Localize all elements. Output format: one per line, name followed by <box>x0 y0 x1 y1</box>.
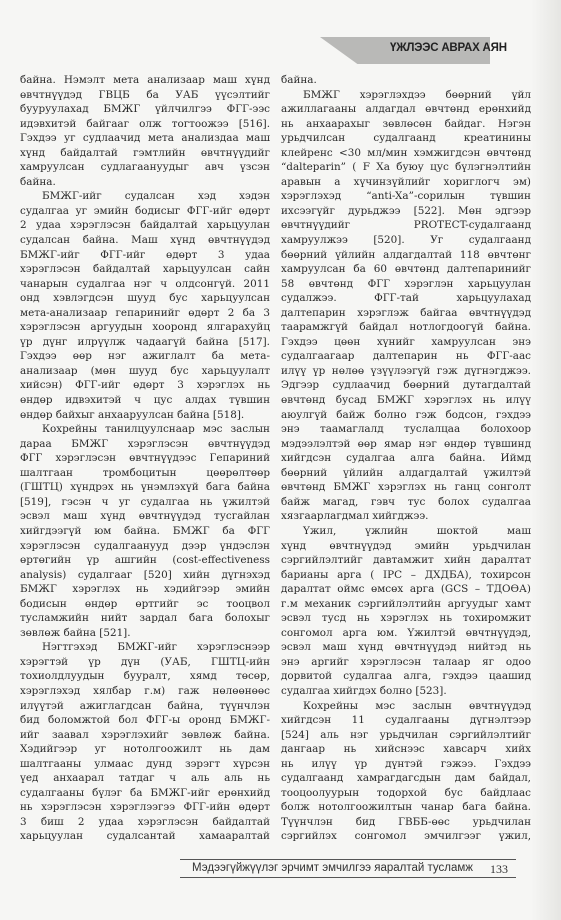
text-line: [524] аль нэг урьдчилан сэргийлэлтийг <box>281 728 531 743</box>
text-line: таарамжгүй байдал нотлогдоогүй байна. <box>281 320 531 335</box>
text-line: сэргийлэлтийг давтамжит хийн даралтат <box>281 553 531 568</box>
text-line: ажиллагааны алдагдал өвчтөнд ерөнхийд <box>281 102 531 117</box>
text-line: г.м механик сэргийлэлтийн аргуудыг хамт <box>281 597 531 612</box>
text-line: судалсан байна. Маш хүнд өвчтнүүдэд <box>20 233 270 248</box>
text-line: “dalteparin” ( F Ха буюу цус бүлэгнэлтий… <box>281 160 531 175</box>
text-line: нь анхаарахыг зөвлөсөн байдаг. Нэгэн <box>281 117 531 132</box>
text-line: (ГШТЦ) хүндрэх нь үнэмлэхүй бага байна <box>20 480 270 495</box>
text-line: нь хэрэглэсэн хэрэглээгээ ФГГ-ийн өдөрт <box>20 800 270 815</box>
footer-rule-top <box>180 859 516 860</box>
text-line: БМЖГ-ийг ФГГ-ийг өдөрт 3 удаа <box>20 248 270 263</box>
text-line: өртөгийн үр ашгийн (cost-effectiveness <box>20 553 270 568</box>
text-line: илүүтэй ажиглагдсан байна, түүнчлэн <box>20 699 270 714</box>
text-line: ФГГ хэрэглэсэн өвчтнүүдээс Гепариний <box>20 451 270 466</box>
text-line: хэрэглэхэд хялбар г.м) гаж нөлөөнөөс <box>20 684 270 699</box>
text-line: урьдчилсан судалгаанд креатинины <box>281 131 531 146</box>
paragraph-first-line: Кохрейны танилцуулснаар мэс заслын <box>20 422 270 437</box>
text-line: харьцуулан судалсантай хамааралтай <box>20 829 270 844</box>
text-line: Түүнчлэн бид ГВББ-өөс урьдчилан <box>281 815 531 830</box>
text-line: хэрэгтэй үр дүн (УАБ, ГШТЦ-ийн <box>20 655 270 670</box>
text-line: онд хэвлэгдсэн шууд бус харьцуулсан <box>20 291 270 306</box>
text-line: болж нотолгоожилтын чанар бага байна. <box>281 800 531 815</box>
text-line: нь илүү үр дүнтэй гэжээ. Гэхдээ <box>281 757 531 772</box>
text-line: судалгааны бүлэг ба БМЖГ-ийг ерөнхийд <box>20 786 270 801</box>
text-line: байна. <box>20 175 270 190</box>
text-line: сонгомол арга юм. Үжилтэй өвчтнүүдэд, <box>281 626 531 641</box>
text-line: дорвитой судалгаа алга, гэхдээ цаашид <box>281 669 531 684</box>
text-line: судалжээ. ФГГ-тай харьцуулахад <box>281 291 531 306</box>
left-text-column: байна. Нэмэлт мета анализаар маш хүндөвч… <box>20 73 270 844</box>
footer-rule-bottom <box>180 877 516 878</box>
text-line: analysis) судалгааг [520] хийн дүгнэхэд <box>20 568 270 583</box>
text-line: шалтгаан тромбоцитын цөөрөлтөөр <box>20 466 270 481</box>
text-line: мета-анализаар гепаринийг өдөрт 2 ба 3 <box>20 306 270 321</box>
text-line: тохиолдлуудын бууралт, хямд төсөр, <box>20 669 270 684</box>
right-text-column: байна.БМЖГ хэрэглэхдээ бөөрний үйлажилла… <box>281 73 531 844</box>
text-line: хэрэглэсэн байдалтай харьцуулсан сайн <box>20 262 270 277</box>
text-line: Эдгээр судлаачид бөөрний дутагдалтай <box>281 378 531 393</box>
text-line: хамруулсан судлагаануудыг авч үзсэн <box>20 160 270 175</box>
text-line: хүнд байдалтай гэмтлийн өвчтнүүдийг <box>20 146 270 161</box>
text-line: бөөрний үйлийн алдагдалтай 118 өвчтөнг <box>281 248 531 263</box>
text-line: үр дүнг илрүүлж чадаагүй байна [517]. <box>20 335 270 350</box>
text-line: өндөр идвэхитэй ч цус алдах түвшин <box>20 393 270 408</box>
text-line: бид боломжтой бол ФГГ-ы оронд БМЖГ- <box>20 713 270 728</box>
running-footer-title: Мэдээгүйжүүлэг эрчимт эмчилгээ яаралтай … <box>192 862 473 874</box>
text-line: үед анхаарал татдаг ч аль аль нь <box>20 771 270 786</box>
text-line: ийг заавал хэрэглэхийг зөвлөж байна. <box>20 728 270 743</box>
text-line: дангаар нь хийснээс хавсарч хийх <box>281 742 531 757</box>
text-line: барианы арга ( IPC – ДХДБА), тохирсон <box>281 568 531 583</box>
page-edge-shadow <box>531 0 561 920</box>
text-line: судалгаанд хамрагдагсдын дам байдал, <box>281 771 531 786</box>
text-line: өвчтөнд БМЖГ хэрэглэх нь ганц сонголт <box>281 480 531 495</box>
text-line: өндөр байхыг анхааруулсан байна [518]. <box>20 408 270 423</box>
text-line: мэдээлэлтэй өөр ямар нэг өндөр түвшинд <box>281 437 531 452</box>
text-line: идэвхитэй байгааг олж тогтоожээ [516]. <box>20 117 270 132</box>
text-line: хүнд өвчтнүүдэд эмийн урьдчилан <box>281 539 531 554</box>
text-line: БМЖГ хэрэглэх нь хэдийгээр эмийн <box>20 582 270 597</box>
text-line: хамруулжээ [520]. Уг судалгаанд <box>281 233 531 248</box>
page-number: 133 <box>490 862 508 877</box>
text-line: даралтат оймс өмсөх арга (GCS – ТДОӨА) <box>281 582 531 597</box>
paragraph-first-line: Нэгтгэхэд БМЖГ-ийг хэрэглэснээр <box>20 640 270 655</box>
text-line: байж магад, гэвч тус болох судалгаа <box>281 495 531 510</box>
text-line: Гэхдээ уг судлаачид мета анализдаа маш <box>20 131 270 146</box>
text-line: хамруулсан ба 60 өвчтөнд далтепаринийг <box>281 262 531 277</box>
paragraph-first-line: БМЖГ-ийг судалсан хэд хэдэн <box>20 189 270 204</box>
text-line: шалтгааны улмаас дунд зэрэгт хүрсэн <box>20 757 270 772</box>
text-line: 58 өвчтөнд ФГГ хэрэглэн харьцуулан <box>281 277 531 292</box>
paragraph-first-line: Үжил, үжлийн шоктой маш <box>281 524 531 539</box>
text-line: судалгаа хийгдэх болно [523]. <box>281 684 531 699</box>
text-line: бодисын өндөр өртгийг эс тооцвол <box>20 597 270 612</box>
text-line: аравын а хүчинзүйлийг хориглогч эм) <box>281 175 531 190</box>
text-line: тусламжийн нийт зардал бага болохыг <box>20 611 270 626</box>
text-line: [519], гэсэн ч уг судалгаа нь үжилтэй <box>20 495 270 510</box>
text-line: сэргийлэх сонгомол эмчилгээг үжил, <box>281 829 531 844</box>
paragraph-first-line: БМЖГ хэрэглэхдээ бөөрний үйл <box>281 88 531 103</box>
paragraph-first-line: Кохрейны мэс заслын өвчтнүүдэд <box>281 699 531 714</box>
text-line: байна. Нэмэлт мета анализаар маш хүнд <box>20 73 270 88</box>
text-line: судалгаа уг эмийн бодисыг ФГГ-ийг өдөрт <box>20 204 270 219</box>
text-line: судалгаагаар далтепарин нь ФГГ-аас <box>281 349 531 364</box>
text-line: хийгдээгүй юм байна. БМЖГ ба ФГГ <box>20 524 270 539</box>
text-line: өвчтөнд бусад БМЖГ хэрэглэх нь илүү <box>281 393 531 408</box>
text-line: бөөрний үйлийн алдагдалтай үжилтэй <box>281 466 531 481</box>
text-line: хязгаарлагдмал хийгджээ. <box>281 509 531 524</box>
text-line: хийсэн) ФГГ-ийг өдөрт 3 хэрэглэх нь <box>20 378 270 393</box>
text-line: Гэхдээ өөр нэг ажиглалт ба мета- <box>20 349 270 364</box>
text-line: энэ аргийг хэрэглэсэн талаар яг одоо <box>281 655 531 670</box>
text-line: Хэдийгээр уг нотолгоожилт нь дам <box>20 742 270 757</box>
text-line: хийгдсэн 11 судалгааны дүгнэлтээр <box>281 713 531 728</box>
text-line: эсвэл маш хүнд өвчтнүүдэд тусгайлан <box>20 509 270 524</box>
text-line: хийгдсэн судалгаа алга байна. Иймд <box>281 451 531 466</box>
text-line: өвчтнүүдийг PROTECT-судалгаанд <box>281 218 531 233</box>
text-line: хэрэглэсэн судалгаанууд дээр үндэслэн <box>20 539 270 554</box>
text-line: байна. <box>281 73 531 88</box>
text-line: тооцоолуурын тодорхой бус байдлаас <box>281 786 531 801</box>
text-line: клейренс <30 мл/мин хэмжигдсэн өвчтөнд <box>281 146 531 161</box>
text-line: ихсээгүйг дурьджээ [522]. Мөн эдгээр <box>281 204 531 219</box>
text-line: эсвэл маш хүнд өвчтнүүдэд нийтэд нь <box>281 640 531 655</box>
text-line: эсвэл тусд нь хэрэглэх нь тохиромжит <box>281 611 531 626</box>
section-title: ҮЖЛЭЭС АВРАХ АЯН <box>390 42 490 54</box>
text-line: аюулгүй байж болно гэж бодсон, гэхдээ <box>281 408 531 423</box>
text-line: далтепарин хэрэглэж байгаа өвчтнүүдэд <box>281 306 531 321</box>
text-line: чанарын судалгаа нэг ч олдсонгүй. 2011 <box>20 277 270 292</box>
text-line: хэрэглэхэд “anti-Xa”-сорилын түвшин <box>281 189 531 204</box>
text-line: анализаар (мөн шууд бус харьцуулалт <box>20 364 270 379</box>
text-line: 2 удаа хэрэглэсэн байдалтай харьцуулан <box>20 218 270 233</box>
text-line: бууруулахад БМЖГ үйлчилгээ ФГГ-ээс <box>20 102 270 117</box>
text-line: дараа БМЖГ хэрэглэсэн өвчтнүүдэд <box>20 437 270 452</box>
text-line: энэ таамаглалд туслалцаа болохоор <box>281 422 531 437</box>
text-line: хэрэглэсэн аргуудын хооронд ялгарахуйц <box>20 320 270 335</box>
text-line: илүү үр нөлөө үзүүлээгүй гэж дүгнэгджээ. <box>281 364 531 379</box>
text-line: өвчтнүүдэд ГВЦБ ба УАБ үүсэлтийг <box>20 88 270 103</box>
text-line: зөвлөж байна [521]. <box>20 626 270 641</box>
text-line: Гэхдээ цөөн хүнийг хамруулсан энэ <box>281 335 531 350</box>
text-line: 3 биш 2 удаа хэрэглэсэн байдалтай <box>20 815 270 830</box>
